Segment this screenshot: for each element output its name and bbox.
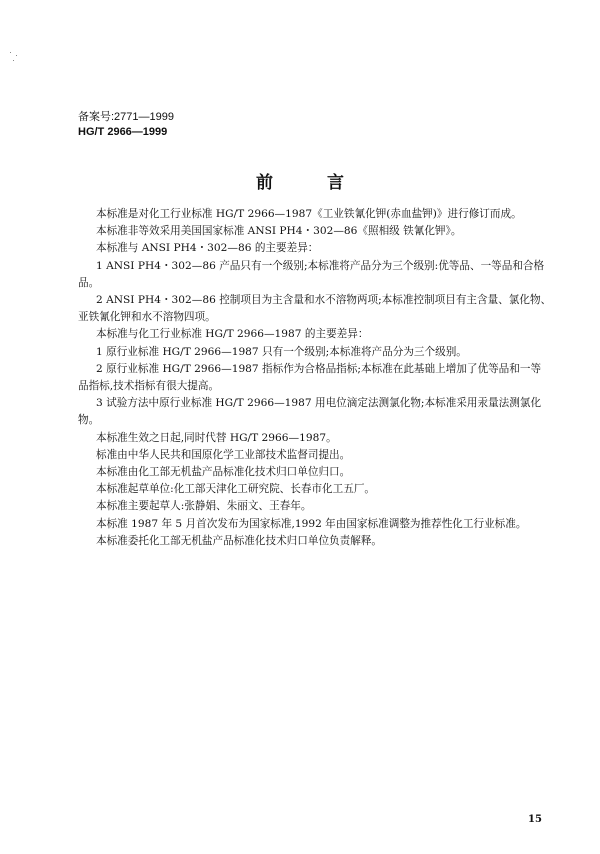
standard-code: HG/T 2966—1999 (78, 125, 167, 139)
paragraph: 2 ANSI PH4・302—86 控制项目为主含量和水不溶物两项;本标准控制项… (78, 292, 548, 309)
paragraph: 2 原行业标准 HG/T 2966—1987 指标作为合格品指标;本标准在此基础… (78, 361, 548, 378)
paragraph: 本标准起草单位:化工部天津化工研究院、长春市化工五厂。 (78, 481, 548, 498)
paragraph: 亚铁氰化钾和水不溶物四项。 (78, 309, 548, 326)
page-number: 15 (528, 814, 542, 825)
scan-speck (13, 60, 14, 61)
scan-speck (10, 52, 11, 53)
paragraph: 本标准与 ANSI PH4・302—86 的主要差异： (78, 240, 548, 257)
paragraph: 标准由中华人民共和国原化学工业部技术监督司提出。 (78, 447, 548, 464)
paragraph: 本标准主要起草人:张静娟、朱丽文、王春年。 (78, 498, 548, 515)
page-title: 前言 (0, 168, 600, 193)
paragraph: 本标准 1987 年 5 月首次发布为国家标准,1992 年由国家标准调整为推荐… (78, 516, 548, 533)
paragraph: 本标准由化工部无机盐产品标准化技术归口单位归口。 (78, 464, 548, 481)
title-char-2: 言 (327, 168, 344, 193)
foreword-body: 本标准是对化工行业标准 HG/T 2966—1987《工业铁氰化钾(赤血盐钾)》… (78, 206, 548, 550)
paragraph: 品。 (78, 275, 548, 292)
paragraph: 1 ANSI PH4・302—86 产品只有一个级别;本标准将产品分为三个级别:… (78, 258, 548, 275)
paragraph: 本标准与化工行业标准 HG/T 2966—1987 的主要差异： (78, 326, 548, 343)
paragraph: 1 原行业标准 HG/T 2966—1987 只有一个级别;本标准将产品分为三个… (78, 344, 548, 361)
paragraph: 品指标,技术指标有很大提高。 (78, 378, 548, 395)
title-char-1: 前 (256, 168, 273, 193)
paragraph: 本标准生效之日起,同时代替 HG/T 2966—1987。 (78, 430, 548, 447)
scan-speck (16, 55, 17, 56)
paragraph: 3 试验方法中原行业标准 HG/T 2966—1987 用电位滴定法测氯化物;本… (78, 395, 548, 412)
paragraph: 本标准是对化工行业标准 HG/T 2966—1987《工业铁氰化钾(赤血盐钾)》… (78, 206, 548, 223)
filing-number: 备案号:2771—1999 (78, 110, 174, 124)
paragraph: 本标准非等效采用美国国家标准 ANSI PH4・302—86《照相级 铁氰化钾》… (78, 223, 548, 240)
paragraph: 本标准委托化工部无机盐产品标准化技术归口单位负责解释。 (78, 533, 548, 550)
paragraph: 物。 (78, 412, 548, 429)
